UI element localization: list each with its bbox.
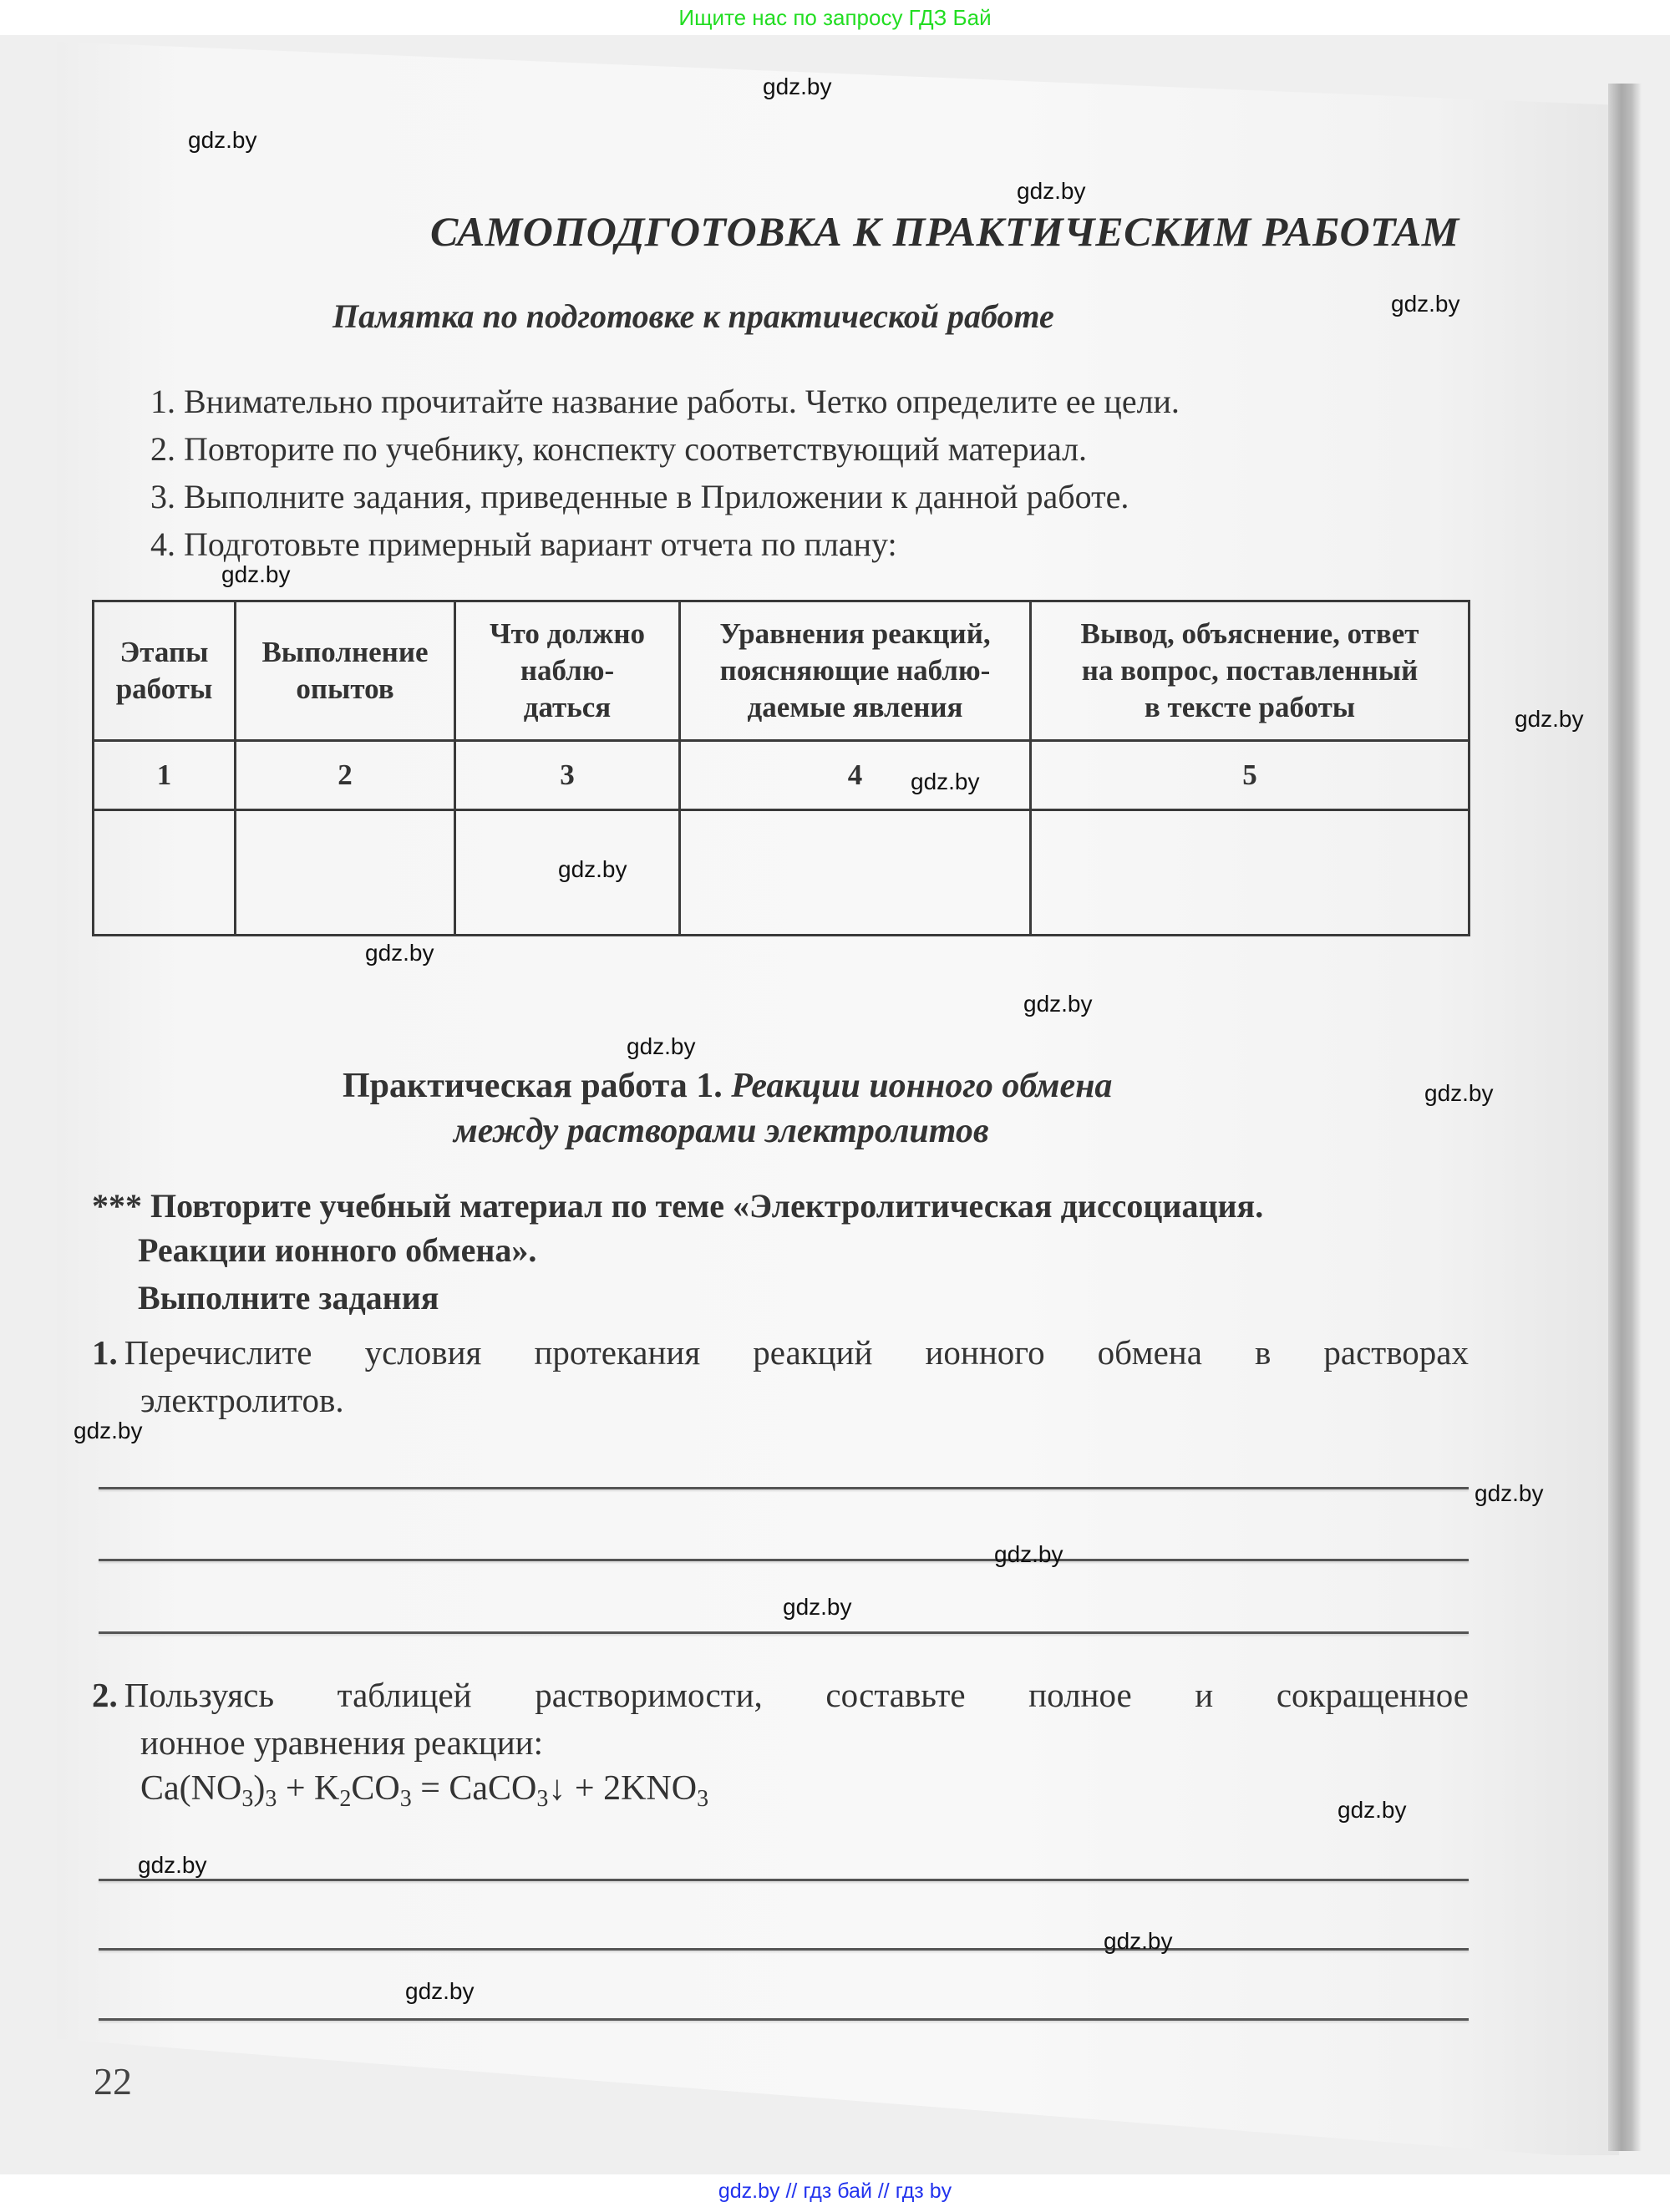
eq-part: ↓ + 2KNO bbox=[548, 1769, 697, 1808]
watermark: gdz.by bbox=[783, 1594, 852, 1621]
header-line: на вопрос, поставленный bbox=[1032, 652, 1468, 689]
header-line: Что должно bbox=[456, 616, 678, 652]
empty-cell[interactable] bbox=[94, 810, 236, 936]
task-1-line2: электролитов. bbox=[140, 1380, 344, 1420]
eq-part: = CaCO bbox=[412, 1769, 537, 1808]
header-conclusion: Вывод, объяснение, ответ на вопрос, пост… bbox=[1031, 601, 1469, 741]
watermark: gdz.by bbox=[405, 1978, 475, 2005]
watermark: gdz.by bbox=[188, 127, 257, 154]
task-2-line2: ионное уравнения реакции: bbox=[140, 1722, 543, 1763]
empty-cell[interactable] bbox=[1031, 810, 1469, 936]
watermark: gdz.by bbox=[1515, 706, 1584, 733]
answer-line[interactable] bbox=[99, 1487, 1469, 1489]
eq-part: ) bbox=[253, 1769, 265, 1808]
header-line: Вывод, объяснение, ответ bbox=[1032, 616, 1468, 652]
empty-cell[interactable] bbox=[236, 810, 455, 936]
page-title: САМОПОДГОТОВКА К ПРАКТИЧЕСКИМ РАБОТАМ bbox=[430, 207, 1459, 256]
watermark: gdz.by bbox=[1475, 1480, 1544, 1507]
eq-part: CO bbox=[351, 1769, 399, 1808]
watermark: gdz.by bbox=[1391, 291, 1460, 317]
answer-line[interactable] bbox=[99, 1879, 1469, 1881]
watermark: gdz.by bbox=[1424, 1080, 1494, 1107]
header-line: даемые явления bbox=[681, 689, 1029, 726]
repeat-text: Повторите учебный материал по теме «Элек… bbox=[150, 1187, 1263, 1225]
watermark: gdz.by bbox=[138, 1852, 207, 1879]
eq-sub: 3 bbox=[265, 1786, 277, 1812]
header-line: работы bbox=[94, 671, 234, 708]
eq-sub: 3 bbox=[241, 1786, 253, 1812]
top-banner[interactable]: Ищите нас по запросу ГДЗ Бай bbox=[0, 0, 1670, 35]
watermark: gdz.by bbox=[763, 74, 832, 100]
answer-line[interactable] bbox=[99, 1559, 1469, 1561]
repeat-material-line: *** Повторите учебный материал по теме «… bbox=[92, 1186, 1263, 1225]
column-number: 3 bbox=[455, 741, 680, 810]
column-number: 2 bbox=[236, 741, 455, 810]
eq-part: + K bbox=[277, 1769, 339, 1808]
page-number: 22 bbox=[94, 2059, 132, 2103]
task-number: 1. bbox=[92, 1332, 118, 1372]
task-text: Перечислите условия протекания реакций и… bbox=[124, 1332, 1469, 1372]
table-number-row: 1 2 3 4 5 bbox=[94, 741, 1469, 810]
table-empty-row bbox=[94, 810, 1469, 936]
practical-work-label: Практическая работа 1. bbox=[343, 1067, 723, 1105]
eq-sub: 3 bbox=[697, 1786, 708, 1812]
watermark: gdz.by bbox=[1338, 1797, 1407, 1824]
reaction-equation: Ca(NO3)3 + K2CO3 = CaCO3↓ + 2KNO3 bbox=[140, 1768, 708, 1813]
watermark: gdz.by bbox=[1017, 178, 1086, 205]
table-header-row: Этапы работы Выполнение опытов Что должн… bbox=[94, 601, 1469, 741]
eq-sub: 2 bbox=[339, 1786, 351, 1812]
watermark: gdz.by bbox=[221, 561, 291, 588]
page-subtitle: Памятка по подготовке к практической раб… bbox=[332, 297, 1054, 336]
header-equations: Уравнения реакций, поясняющие наблю- дае… bbox=[680, 601, 1031, 741]
header-line: Этапы bbox=[94, 634, 234, 671]
watermark: gdz.by bbox=[994, 1541, 1063, 1568]
bottom-banner[interactable]: gdz.by // гдз бай // гдз by bbox=[0, 2174, 1670, 2212]
instruction-item: 2. Повторите по учебнику, конспекту соот… bbox=[150, 429, 1087, 469]
header-line: в тексте работы bbox=[1032, 689, 1468, 726]
repeat-marker: *** bbox=[92, 1187, 142, 1225]
header-line: Выполнение bbox=[236, 634, 454, 671]
practical-work-heading: Практическая работа 1. Реакции ионного о… bbox=[343, 1066, 1112, 1106]
eq-sub: 3 bbox=[400, 1786, 412, 1812]
answer-line[interactable] bbox=[99, 2018, 1469, 2021]
watermark: gdz.by bbox=[1023, 991, 1093, 1017]
header-line: наблю- bbox=[456, 652, 678, 689]
watermark: gdz.by bbox=[1104, 1928, 1173, 1955]
task-1: 1. Перечислите условия протекания реакци… bbox=[92, 1332, 1469, 1372]
watermark: gdz.by bbox=[365, 940, 434, 966]
watermark: gdz.by bbox=[911, 769, 980, 795]
instruction-item: 1. Внимательно прочитайте название работ… bbox=[150, 382, 1180, 421]
watermark: gdz.by bbox=[74, 1418, 143, 1444]
eq-sub: 3 bbox=[536, 1786, 548, 1812]
do-tasks-heading: Выполните задания bbox=[138, 1278, 439, 1317]
instruction-item: 4. Подготовьте примерный вариант отчета … bbox=[150, 525, 897, 564]
answer-line[interactable] bbox=[99, 1948, 1469, 1951]
repeat-material-line2: Реакции ионного обмена». bbox=[138, 1230, 536, 1270]
answer-line[interactable] bbox=[99, 1631, 1469, 1634]
practical-work-heading-line2: между растворами электролитов bbox=[454, 1111, 989, 1151]
watermark: gdz.by bbox=[627, 1033, 696, 1060]
header-stages: Этапы работы bbox=[94, 601, 236, 741]
practical-work-topic-line2: между растворами электролитов bbox=[454, 1112, 989, 1150]
eq-part: Ca(NO bbox=[140, 1769, 241, 1808]
task-2: 2. Пользуясь таблицей растворимости, сос… bbox=[92, 1675, 1469, 1715]
practical-work-topic: Реакции ионного обмена bbox=[731, 1067, 1112, 1105]
report-table: Этапы работы Выполнение опытов Что должн… bbox=[92, 600, 1470, 936]
instruction-item: 3. Выполните задания, приведенные в Прил… bbox=[150, 477, 1129, 516]
task-number: 2. bbox=[92, 1675, 118, 1715]
empty-cell[interactable] bbox=[680, 810, 1031, 936]
book-binding-edge bbox=[1608, 84, 1642, 2151]
header-line: поясняющие наблю- bbox=[681, 652, 1029, 689]
column-number: 1 bbox=[94, 741, 236, 810]
task-text: Пользуясь таблицей растворимости, состав… bbox=[124, 1675, 1469, 1715]
header-line: опытов bbox=[236, 671, 454, 708]
watermark: gdz.by bbox=[558, 856, 627, 883]
header-experiments: Выполнение опытов bbox=[236, 601, 455, 741]
header-line: даться bbox=[456, 689, 678, 726]
header-line: Уравнения реакций, bbox=[681, 616, 1029, 652]
header-observations: Что должно наблю- даться bbox=[455, 601, 680, 741]
column-number: 5 bbox=[1031, 741, 1469, 810]
